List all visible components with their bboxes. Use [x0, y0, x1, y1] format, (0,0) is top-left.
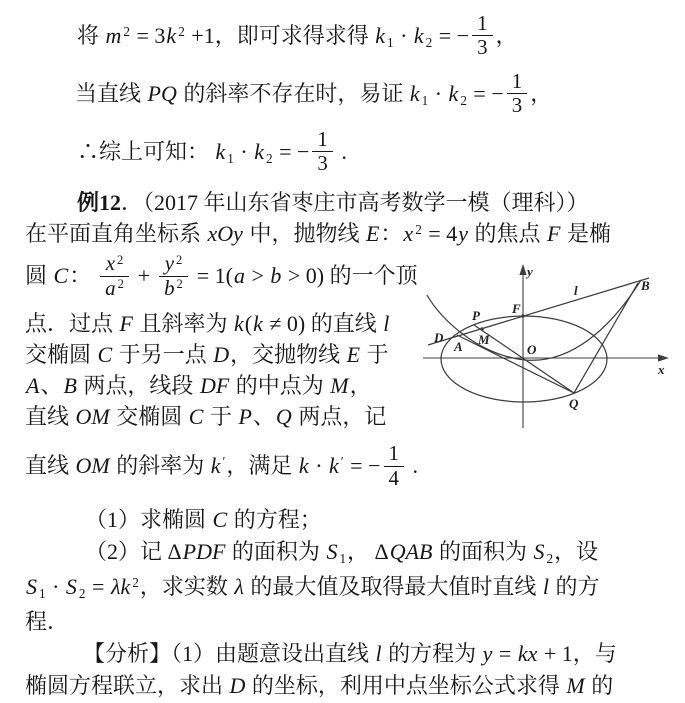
math-var: D — [229, 673, 247, 698]
text-run: 【分析】（1）由题意设出直线 — [83, 641, 375, 666]
text-run: 、 — [40, 373, 62, 398]
math-var: C — [212, 507, 229, 532]
math-var: b — [269, 263, 282, 288]
text-run: · — [429, 81, 447, 106]
problem-body-with-figure: y x O l B F P D A M Q 圆 C： x2a2 + y2b2 =… — [25, 254, 661, 432]
math-var: m — [105, 23, 123, 48]
question-2-cont: S1 · S2 = λk2，求实数 λ 的最大值及取得最大值时直线 l 的方 — [25, 571, 661, 606]
text-run: 直线 — [25, 404, 75, 429]
solution-conclusion: ∴综上可知： k1 · k2 = −13 . — [25, 130, 661, 178]
question-1: （1）求椭圆 C 的方程； — [25, 504, 661, 536]
math-var: D — [212, 342, 230, 367]
math-var: k — [252, 311, 264, 336]
math-var: B — [62, 373, 77, 398]
math-var: a — [233, 263, 246, 288]
subscript: 2 — [266, 151, 273, 166]
math-var: OM — [75, 404, 111, 429]
math-var: OM — [75, 453, 111, 478]
text-run: ， — [350, 373, 372, 398]
subscript: 1 — [422, 93, 429, 108]
math-var: k — [253, 139, 265, 164]
problem-line-1: 在平面直角坐标系 xOy 中，抛物线 E：x2 = 4y 的焦点 F 是椭 — [25, 218, 661, 252]
text-run: 将 — [77, 23, 105, 48]
solution-line-1: 将 m2 = 3k2 +1，即可求得求得 k1 · k2 = −13， — [25, 14, 661, 62]
math-var: k — [215, 139, 227, 164]
superscript: 2 — [178, 24, 185, 39]
math-var: x — [105, 251, 116, 275]
text-run: 程． — [25, 609, 69, 634]
math-var: F — [119, 311, 134, 336]
text-run: = — [493, 641, 516, 666]
fraction: 14 — [384, 442, 404, 490]
superscript: 2 — [415, 222, 422, 237]
questions-and-analysis: 直线 OM 的斜率为 k′，满足 k · k′ = −14 .（1）求椭圆 C … — [25, 444, 661, 702]
text-run: 的 — [586, 673, 614, 698]
subscript: 2 — [546, 551, 553, 566]
geometry-figure: y x O l B F P D A M Q — [415, 258, 677, 434]
text-run: 两点，线段 — [78, 373, 199, 398]
text-run: 交椭圆 — [25, 342, 97, 367]
math-var: k — [409, 81, 421, 106]
point-F-label: F — [511, 301, 521, 316]
superscript: 2 — [176, 253, 182, 267]
math-var: k — [328, 453, 340, 478]
text-run: 中，抛物线 — [244, 221, 365, 246]
text-run: . — [336, 139, 347, 164]
fraction: 13 — [472, 12, 492, 60]
math-var: a — [104, 276, 116, 300]
math-var: C — [53, 263, 70, 288]
text-run: 的方程； — [228, 507, 322, 532]
fraction: 13 — [507, 70, 527, 118]
text-run: · — [395, 23, 413, 48]
text-run: 圆 — [25, 263, 53, 288]
text-run: 的方 — [550, 574, 600, 599]
analysis-line-1: 【分析】（1）由题意设出直线 l 的方程为 y = kx + 1，与 — [25, 638, 661, 670]
text-run: · — [310, 453, 328, 478]
text-run: · — [235, 139, 253, 164]
text-run: · — [47, 574, 65, 599]
math-var: F — [546, 221, 561, 246]
text-run: 当直线 — [75, 81, 147, 106]
superscript: ′ — [341, 454, 344, 469]
text-run: 的方程为 — [383, 641, 482, 666]
subscript: 1 — [339, 551, 346, 566]
point-A-label: A — [453, 339, 463, 354]
point-B-label: B — [640, 278, 650, 293]
math-var: Q — [275, 404, 293, 429]
text-run: （1）求椭圆 — [85, 507, 212, 532]
math-var: x — [402, 221, 414, 246]
math-var: k — [298, 453, 310, 478]
text-run: 的焦点 — [469, 221, 546, 246]
question-2: （2）记 ΔPDF 的面积为 S1， ΔQAB 的面积为 S2，设 — [25, 536, 661, 571]
subscript: 1 — [387, 35, 394, 50]
text-run: 两点，记 — [293, 404, 387, 429]
text-run: ， — [496, 23, 518, 48]
text-run: 的斜率不存在时，易证 — [178, 81, 409, 106]
superscript: ′ — [223, 454, 226, 469]
figure-svg: y x O l B F P D A M Q — [415, 258, 677, 434]
subscript: 1 — [39, 586, 46, 601]
text-run: > — [246, 263, 269, 288]
math-var: P — [237, 404, 252, 429]
line-l — [428, 278, 649, 345]
math-var: E — [346, 342, 361, 367]
math-var: S — [325, 539, 338, 564]
text-run: 且斜率为 — [134, 311, 233, 336]
math-var: S — [65, 574, 78, 599]
text-run: > 0) 的一个顶 — [282, 263, 417, 288]
subscript: 2 — [79, 586, 86, 601]
text-run: 于 — [204, 404, 237, 429]
x-axis-label: x — [657, 362, 665, 377]
text-run: = — [87, 574, 110, 599]
text-run: 的面积为 — [433, 539, 532, 564]
text-run: 椭圆方程联立，求出 — [25, 673, 229, 698]
math-var: DF — [199, 373, 230, 398]
document-page: 将 m2 = 3k2 +1，即可求得求得 k1 · k2 = −13，当直线 P… — [0, 0, 685, 703]
math-var: y — [457, 221, 469, 246]
bold-text: 例12 — [77, 190, 121, 215]
text-run: ，求实数 — [140, 574, 234, 599]
text-run: 在平面直角坐标系 — [25, 221, 207, 246]
text-run: （2）记 Δ — [85, 539, 182, 564]
text-run: ， Δ — [347, 539, 389, 564]
text-run: = − — [433, 23, 469, 48]
text-run: 、 — [253, 404, 275, 429]
math-var: QAB — [389, 539, 434, 564]
text-run: + — [132, 263, 155, 288]
y-axis-arrow — [519, 264, 526, 275]
superscript: 2 — [123, 24, 130, 39]
text-run: ，设 — [554, 539, 598, 564]
text-run: ，满足 — [226, 453, 298, 478]
text-run: 于另一点 — [113, 342, 212, 367]
text-run: ， — [530, 81, 552, 106]
math-var: S — [25, 574, 38, 599]
text-run: 的坐标，利用中点坐标公式求得 — [246, 673, 565, 698]
math-var: y — [482, 641, 494, 666]
text-run: +1，即可求得求得 — [186, 23, 374, 48]
text-run: + 1，与 — [538, 641, 616, 666]
line-l-label: l — [574, 283, 578, 298]
text-run: 直线 — [25, 453, 75, 478]
math-var: λk — [110, 574, 131, 599]
text-run: 交椭圆 — [111, 404, 188, 429]
math-var: k — [413, 23, 425, 48]
math-var: A — [25, 373, 40, 398]
math-var: l — [382, 311, 390, 336]
point-M-label: M — [477, 332, 490, 347]
text-run: 的最大值及取得最大值时直线 — [245, 574, 542, 599]
text-run: 的斜率为 — [111, 453, 210, 478]
text-run: = − — [468, 81, 504, 106]
math-var: l — [542, 574, 550, 599]
x-axis-arrow — [658, 355, 669, 362]
text-run: = − — [345, 453, 381, 478]
math-var: M — [565, 673, 585, 698]
text-run: 的中点为 — [230, 373, 329, 398]
solution-and-problem-intro: 将 m2 = 3k2 +1，即可求得求得 k1 · k2 = −13，当直线 P… — [25, 14, 661, 252]
math-var: M — [329, 373, 349, 398]
origin-label: O — [527, 342, 537, 357]
example-heading: 例12．（2017 年山东省枣庄市高考数学一模（理科）） — [25, 187, 661, 218]
subscript: 2 — [426, 35, 433, 50]
solution-line-2: 当直线 PQ 的斜率不存在时，易证 k1 · k2 = −13， — [25, 72, 661, 120]
subscript: 1 — [227, 151, 234, 166]
y-axis-label: y — [525, 264, 533, 279]
problem-line-7: 直线 OM 的斜率为 k′，满足 k · k′ = −14 . — [25, 444, 661, 492]
text-run: . — [407, 453, 418, 478]
text-run: ： — [69, 263, 97, 288]
text-run: = 4 — [423, 221, 457, 246]
point-D-label: D — [433, 330, 444, 345]
point-Q-label: Q — [569, 396, 579, 411]
text-run: 点．过点 — [25, 311, 119, 336]
math-var: λ — [233, 574, 245, 599]
math-var: k — [374, 23, 386, 48]
text-run: ．（2017 年山东省枣庄市高考数学一模（理科）） — [121, 190, 589, 215]
math-var: l — [375, 641, 383, 666]
math-var: k — [210, 453, 222, 478]
math-var: y — [164, 251, 175, 275]
point-F-dot — [521, 315, 524, 318]
math-var: PQ — [147, 81, 178, 106]
fraction: x2a2 — [100, 252, 130, 300]
math-var: k — [165, 23, 177, 48]
text-run: ( — [245, 311, 252, 336]
math-var: k — [233, 311, 245, 336]
superscript: 2 — [132, 575, 139, 590]
math-var: xOy — [207, 221, 244, 246]
segment-AQ — [457, 335, 574, 393]
text-run: ： — [380, 221, 402, 246]
analysis-line-2: 椭圆方程联立，求出 D 的坐标，利用中点坐标公式求得 M 的 — [25, 670, 661, 702]
math-var: b — [163, 276, 175, 300]
math-var: kx — [517, 641, 539, 666]
math-var: C — [97, 342, 114, 367]
text-run: = 3 — [131, 23, 165, 48]
question-2-cont-2: 程． — [25, 606, 661, 638]
text-run: = − — [274, 139, 310, 164]
superscript: 2 — [177, 277, 183, 291]
math-var: E — [365, 221, 380, 246]
fraction: y2b2 — [159, 252, 189, 300]
text-run: ≠ 0) 的直线 — [264, 311, 382, 336]
fraction: 13 — [312, 128, 332, 176]
text-run: = 1( — [191, 263, 233, 288]
point-P-label: P — [472, 308, 481, 323]
math-var: PDF — [182, 539, 227, 564]
math-var: C — [188, 404, 205, 429]
text-run: 于 — [361, 342, 389, 367]
superscript: 2 — [117, 253, 123, 267]
text-run: ∴综上可知： — [77, 139, 215, 164]
text-run: 的面积为 — [226, 539, 325, 564]
math-var: k — [448, 81, 460, 106]
point-M-dot — [480, 328, 483, 331]
superscript: 2 — [118, 277, 124, 291]
subscript: 2 — [460, 93, 467, 108]
text-run: 是椭 — [561, 221, 611, 246]
segment-QB — [574, 283, 638, 393]
text-run: ，交抛物线 — [230, 342, 346, 367]
math-var: S — [532, 539, 545, 564]
